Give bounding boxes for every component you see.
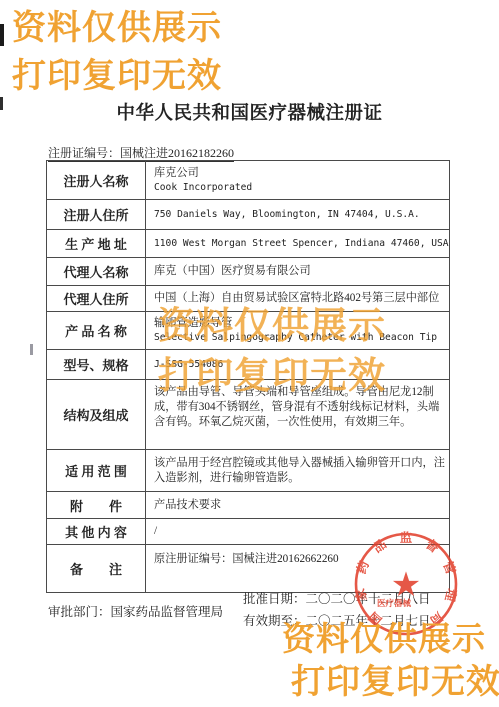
row-value-line: J-SSG-554086 xyxy=(154,358,447,372)
row-label: 其 他 内 容 xyxy=(47,519,146,544)
cert-number-line: 注册证编号：国械注进20162182260 xyxy=(48,144,234,161)
row-value-line: 该产品用于经宫腔镜或其他导入器械插入输卵管开口内，注入造影剂，进行输卵管造影。 xyxy=(154,456,447,486)
row-value: 库克公司Cook Incorporated xyxy=(146,161,449,199)
watermark-bottom-line2: 打印复印无效 xyxy=(291,654,499,703)
row-label: 代理人名称 xyxy=(47,258,146,285)
watermark-line: 打印复印无效 xyxy=(12,52,222,100)
row-value: 输卵管造影导管Selective Salpingography Catheter… xyxy=(146,312,449,349)
row-value-line: 库克公司 xyxy=(154,166,447,181)
row-value: 该产品用于经宫腔镜或其他导入器械插入输卵管开口内，注入造影剂，进行输卵管造影。 xyxy=(146,450,449,491)
watermark-top: 资料仅供展示 打印复印无效 xyxy=(12,4,222,100)
table-row: 注册人名称库克公司Cook Incorporated xyxy=(47,161,449,200)
approval-dept-label: 审批部门： xyxy=(48,605,111,619)
row-label: 附 件 xyxy=(47,492,146,518)
row-value-line: 库克（中国）医疗贸易有限公司 xyxy=(154,264,447,279)
scan-artifact xyxy=(0,24,4,46)
valid-until-label: 有效期至： xyxy=(243,614,306,628)
row-label: 结构及组成 xyxy=(47,380,146,449)
table-row: 生 产 地 址1100 West Morgan Street Spencer, … xyxy=(47,230,449,258)
row-label: 注册人住所 xyxy=(47,200,146,229)
row-value-line: Selective Salpingography Catheter with B… xyxy=(154,331,447,345)
table-row: 注册人住所750 Daniels Way, Bloomington, IN 47… xyxy=(47,200,449,230)
row-value-line: Cook Incorporated xyxy=(154,181,447,195)
table-row: 附 件产品技术要求 xyxy=(47,492,449,519)
row-label: 备 注 xyxy=(47,545,146,592)
row-value: 750 Daniels Way, Bloomington, IN 47404, … xyxy=(146,200,449,229)
row-value-line: 输卵管造影导管 xyxy=(154,316,447,331)
table-row: 型号、规格J-SSG-554086 xyxy=(47,350,449,380)
watermark-line: 资料仅供展示 xyxy=(12,4,222,52)
approval-dept-line: 审批部门：国家药品监督管理局 xyxy=(48,602,223,620)
table-row: 代理人住所中国（上海）自由贸易试验区富特北路402号第三层中部位 xyxy=(47,286,449,312)
row-value: 中国（上海）自由贸易试验区富特北路402号第三层中部位 xyxy=(146,286,449,311)
row-value-line: 产品技术要求 xyxy=(154,498,447,513)
row-label: 适 用 范 围 xyxy=(47,450,146,491)
row-label: 型号、规格 xyxy=(47,350,146,379)
row-label: 代理人住所 xyxy=(47,286,146,311)
table-row: 产 品 名 称输卵管造影导管Selective Salpingography C… xyxy=(47,312,449,350)
cert-table: 注册人名称库克公司Cook Incorporated注册人住所750 Danie… xyxy=(46,160,450,593)
row-value-line: 750 Daniels Way, Bloomington, IN 47404, … xyxy=(154,208,447,222)
row-value: J-SSG-554086 xyxy=(146,350,449,379)
cert-number-value: 国械注进20162182260 xyxy=(120,146,234,160)
row-value: 库克（中国）医疗贸易有限公司 xyxy=(146,258,449,285)
table-row: 结构及组成该产品由导管、导管头端和导管座组成。导管由尼龙12制成，带有304不锈… xyxy=(47,380,449,450)
row-value: 1100 West Morgan Street Spencer, Indiana… xyxy=(146,230,449,257)
approval-date-label: 批准日期： xyxy=(243,592,306,606)
row-value-line: 该产品由导管、导管头端和导管座组成。导管由尼龙12制成，带有304不锈钢丝，管身… xyxy=(154,385,447,430)
row-value-line: 中国（上海）自由贸易试验区富特北路402号第三层中部位 xyxy=(154,291,447,306)
table-row: 适 用 范 围该产品用于经宫腔镜或其他导入器械插入输卵管开口内，注入造影剂，进行… xyxy=(47,450,449,492)
approval-dept-value: 国家药品监督管理局 xyxy=(111,605,224,619)
scan-artifact xyxy=(30,344,33,355)
seal-inner-text: 医疗器械 xyxy=(377,598,412,608)
table-row: 代理人名称库克（中国）医疗贸易有限公司 xyxy=(47,258,449,286)
cert-number-label: 注册证编号： xyxy=(48,146,120,160)
official-seal: 国家药品监督管理局 ★ 医疗器械 xyxy=(352,530,460,638)
row-value-line: 1100 West Morgan Street Spencer, Indiana… xyxy=(154,237,447,251)
row-label: 注册人名称 xyxy=(47,161,146,199)
row-value: 该产品由导管、导管头端和导管座组成。导管由尼龙12制成，带有304不锈钢丝，管身… xyxy=(146,380,449,449)
row-value: 产品技术要求 xyxy=(146,492,449,518)
row-label: 产 品 名 称 xyxy=(47,312,146,349)
row-label: 生 产 地 址 xyxy=(47,230,146,257)
page-title: 中华人民共和国医疗器械注册证 xyxy=(0,99,499,125)
